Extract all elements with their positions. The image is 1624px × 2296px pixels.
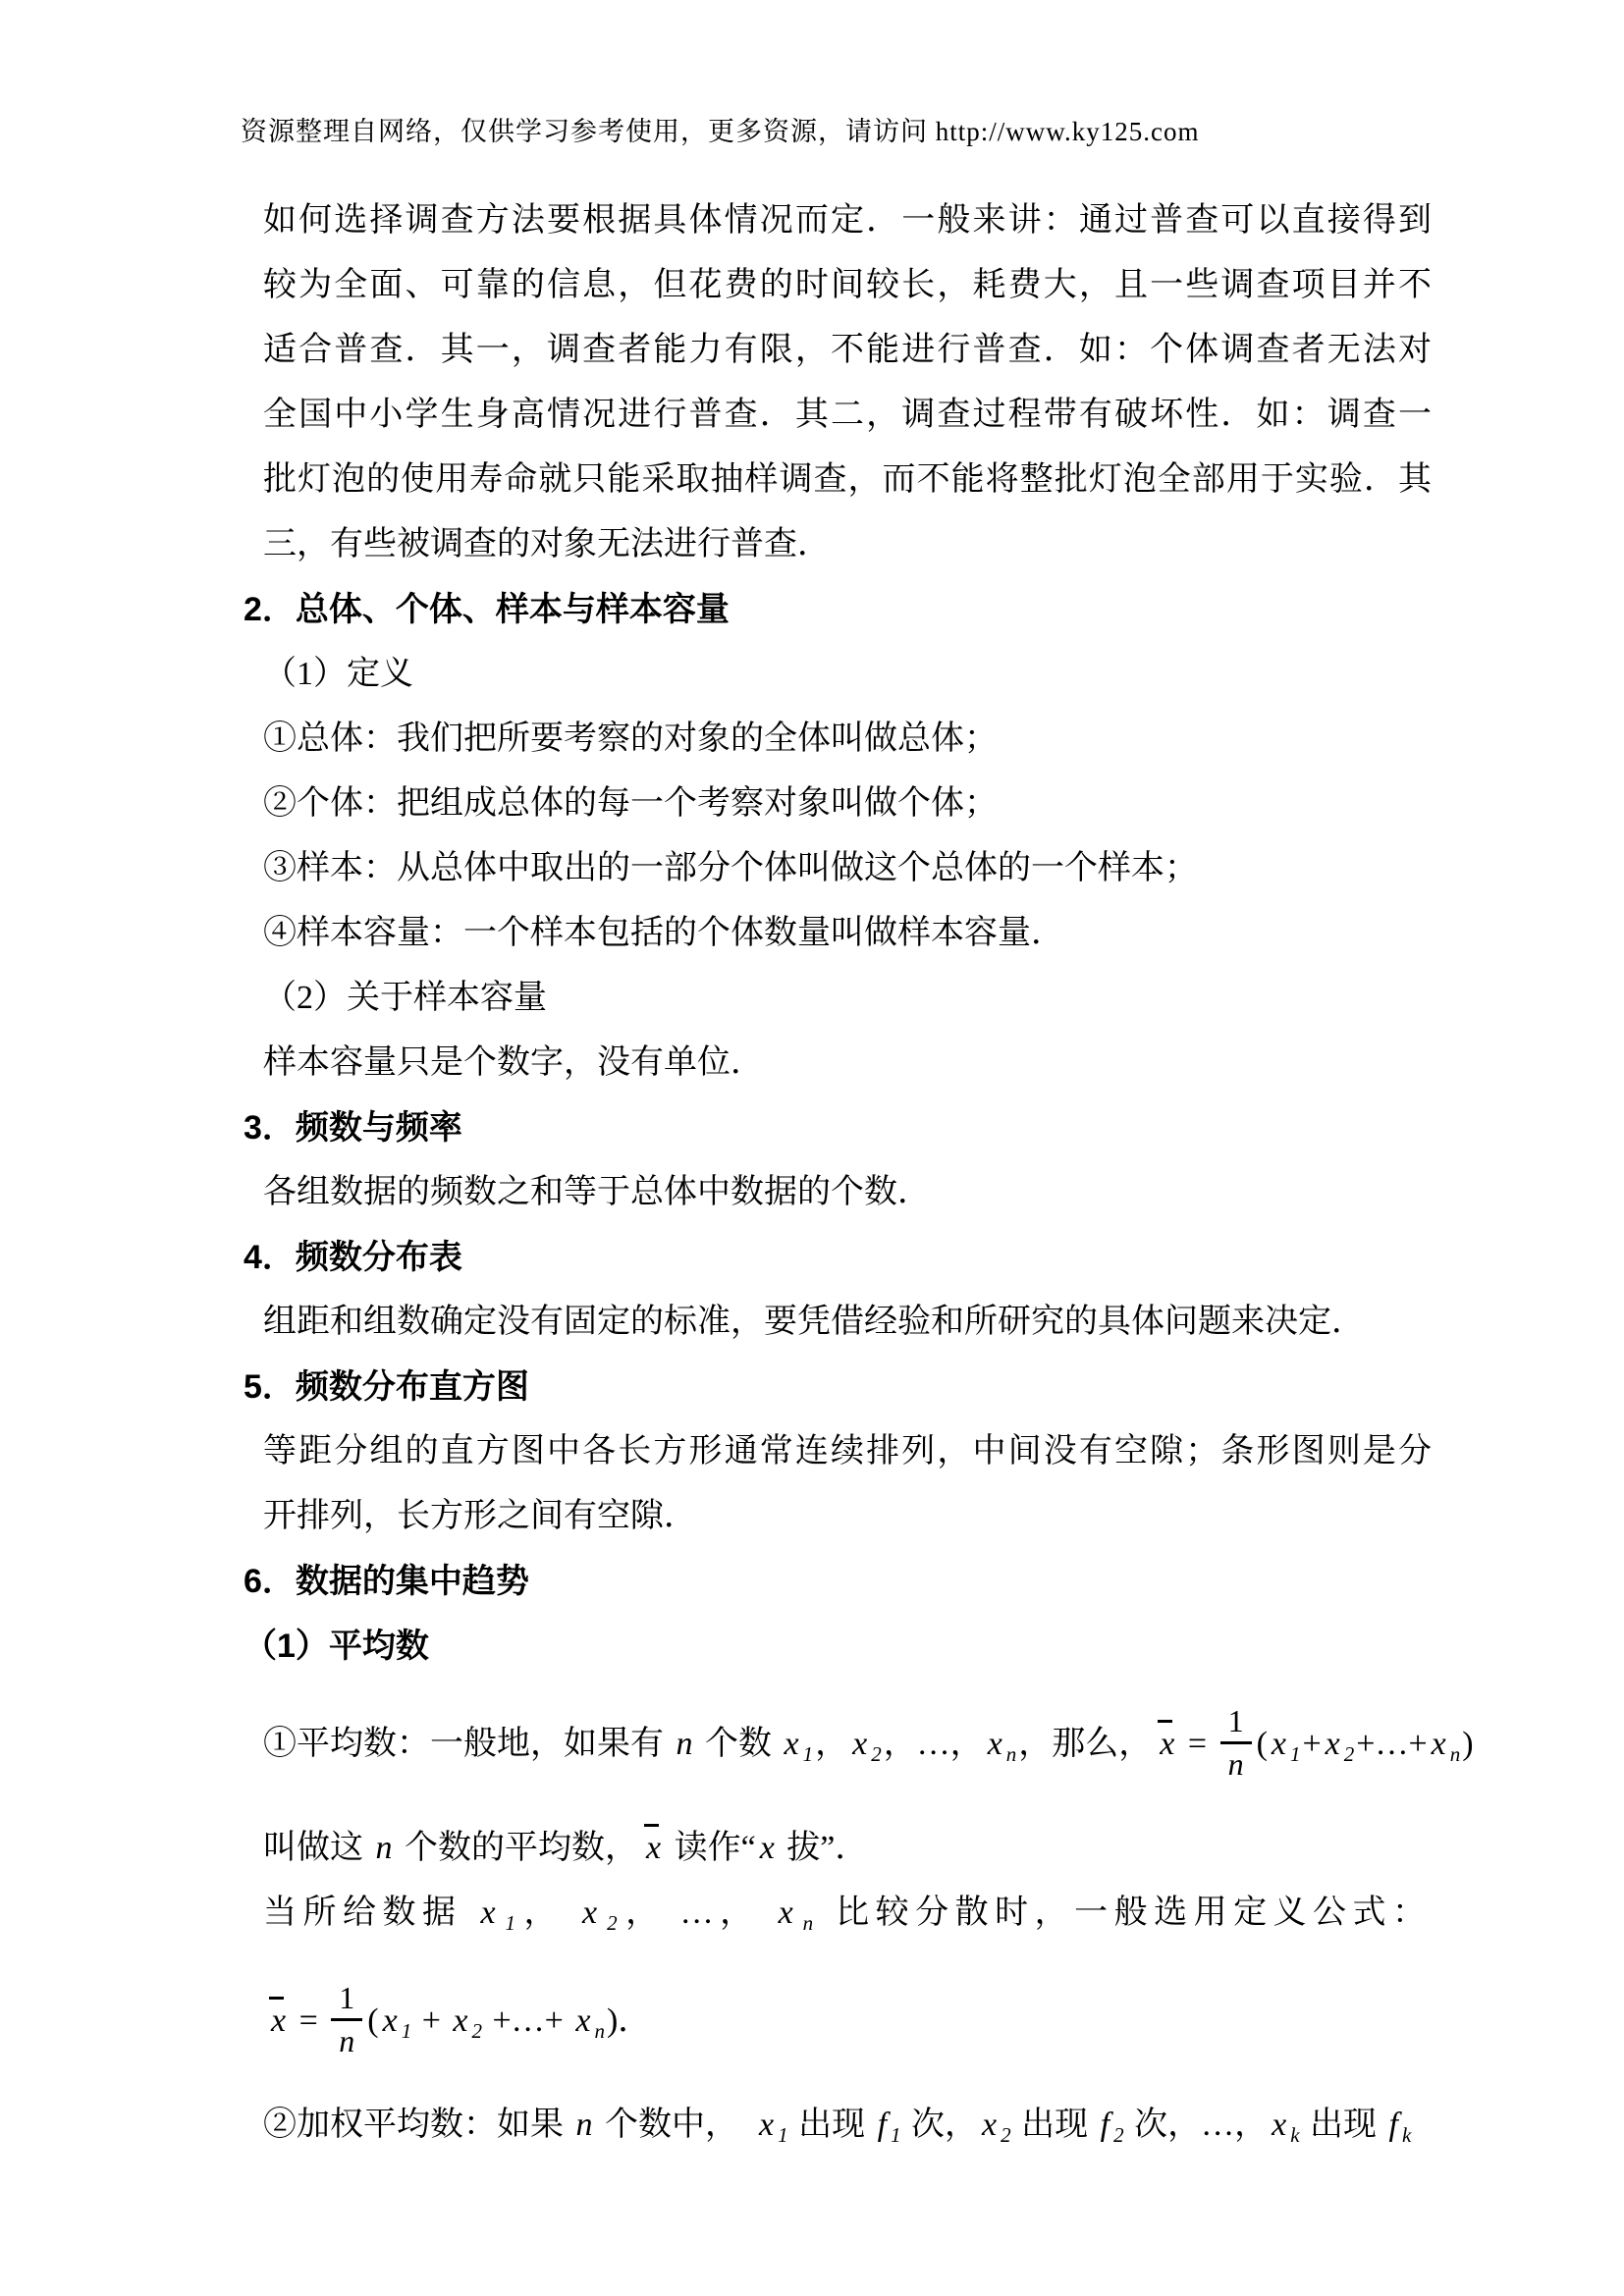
page-header-disclaimer: 资源整理自网络，仅供学习参考使用，更多资源，请访问 http://www.ky1… xyxy=(241,110,1199,148)
math-var: n xyxy=(673,1726,697,1762)
math-subscript: k xyxy=(1290,2123,1301,2147)
text-run: 出现 xyxy=(1302,2107,1385,2143)
math-subscript: 2 xyxy=(1113,2123,1126,2147)
para-line: 三，有些被调查的对象无法进行普查． xyxy=(263,512,1432,577)
item-sample: ③样本：从总体中取出的一部分个体叫做这个总体的一个样本； xyxy=(263,836,1432,901)
section-heading-6: 6．数据的集中趋势 xyxy=(244,1549,1624,1614)
text-run: = xyxy=(291,2002,326,2039)
math-var: x xyxy=(978,2107,1001,2143)
math-fraction: 1n xyxy=(1220,1704,1252,1782)
math-subscript: n xyxy=(803,1911,822,1935)
math-var: x xyxy=(1268,2107,1290,2143)
text-run: 适合普查．其一，调查者能力有限，不能进行普查．如：个体调查者无法对 xyxy=(263,332,1432,368)
formula-weighted-average-intro: ②加权平均数：如果 n 个数中， x1 出现 f1 次，x2 出现 f2 次，…… xyxy=(263,2093,1432,2167)
text-run: ( xyxy=(367,2002,378,2039)
text-run: 拔”． xyxy=(779,1830,869,1866)
text-run: 等距分组的直方图中各长方形通常连续排列，中间没有空隙；条形图则是分 xyxy=(263,1433,1432,1469)
text-run: ①平均数：一般地，如果有 xyxy=(263,1726,673,1762)
math-subscript: n xyxy=(594,2019,607,2043)
para-line: 适合普查．其一，调查者能力有限，不能进行普查．如：个体调查者无法对 xyxy=(263,318,1432,383)
fraction-denominator: n xyxy=(1220,1744,1252,1782)
section-heading-3: 3．频数与频率 xyxy=(244,1095,1624,1160)
text-run: ②加权平均数：如果 xyxy=(263,2107,572,2143)
text-run: 次， xyxy=(903,2107,979,2143)
text-run: 读作“ xyxy=(666,1830,756,1866)
text-run: 2．总体、个体、样本与样本容量 xyxy=(244,591,730,628)
math-var: x xyxy=(984,1726,1006,1762)
text-run: ， …， xyxy=(625,1895,775,1931)
math-subscript: 1 xyxy=(506,1911,524,1935)
text-run: ③样本：从总体中取出的一部分个体叫做这个总体的一个样本； xyxy=(263,850,1198,886)
text-run: ，…， xyxy=(884,1726,984,1762)
text-run: 全国中小学生身高情况进行普查．其二，调查过程带有破坏性．如：调查一 xyxy=(263,397,1432,433)
text-run: ，那么， xyxy=(1018,1726,1152,1762)
text-run: 叫做这 xyxy=(263,1830,372,1866)
para-line: 全国中小学生身高情况进行普查．其二，调查过程带有破坏性．如：调查一 xyxy=(263,383,1432,448)
text-run: 当所给数据 xyxy=(263,1895,476,1931)
section-heading-4: 4．频数分布表 xyxy=(244,1225,1624,1290)
text-run: 次，…， xyxy=(1126,2107,1269,2143)
text-run: ④样本容量：一个样本包括的个体数量叫做样本容量． xyxy=(263,915,1064,951)
text-run: ) xyxy=(1462,1726,1473,1762)
item-sample-size: ④样本容量：一个样本包括的个体数量叫做样本容量． xyxy=(263,901,1432,966)
math-subscript: 1 xyxy=(778,2123,790,2147)
math-subscript: n xyxy=(1006,1742,1019,1766)
text-run: 开排列，长方形之间有空隙． xyxy=(263,1498,697,1534)
para-average-reading: 叫做这 n 个数的平均数，x 读作“x 拔”． xyxy=(263,1816,1432,1881)
para-sample-size-note: 样本容量只是个数字，没有单位． xyxy=(263,1031,1432,1095)
text-run: （2）关于样本容量 xyxy=(263,980,547,1016)
fraction-denominator: n xyxy=(331,2021,362,2058)
text-run: ( xyxy=(1257,1726,1268,1762)
text-run: （1）定义 xyxy=(263,656,413,692)
text-run: + xyxy=(413,2002,449,2039)
math-subscript: 1 xyxy=(803,1742,816,1766)
text-run: )． xyxy=(607,2002,651,2039)
math-xbar: x xyxy=(641,1830,666,1866)
formula-average-def-2: x = 1n(x1 + x2 +…+ xn)． xyxy=(263,1955,1500,2093)
math-subscript: 2 xyxy=(607,1911,625,1935)
text-run: 批灯泡的使用寿命就只能采取抽样调查，而不能将整批灯泡全部用于实验．其 xyxy=(263,461,1432,498)
text-run: 3．频数与频率 xyxy=(244,1109,462,1147)
math-subscript: 2 xyxy=(1344,1742,1357,1766)
math-var: f xyxy=(1097,2107,1113,2143)
math-var: x xyxy=(775,1895,803,1931)
fraction-numerator: 1 xyxy=(331,1981,362,2021)
math-var: x xyxy=(1428,1726,1450,1762)
text-run: 较为全面、可靠的信息，但花费的时间较长，耗费大，且一些调查项目并不 xyxy=(263,267,1432,303)
math-subscript: 1 xyxy=(402,2019,414,2043)
math-subscript: n xyxy=(1450,1742,1463,1766)
text-run: 5．频数分布直方图 xyxy=(244,1368,529,1406)
math-var: x xyxy=(476,1895,505,1931)
math-xbar: x xyxy=(266,2002,291,2039)
para-table-note: 组距和组数确定没有固定的标准，要凭借经验和所研究的具体问题来决定． xyxy=(263,1290,1432,1355)
text-run: 组距和组数确定没有固定的标准，要凭借经验和所研究的具体问题来决定． xyxy=(263,1304,1365,1340)
text-run: = xyxy=(1179,1726,1215,1762)
math-xbar: x xyxy=(1155,1726,1179,1762)
text-run: ②个体：把组成总体的每一个考察对象叫做个体； xyxy=(263,785,998,822)
math-var: x xyxy=(781,1726,803,1762)
text-run: 出现 xyxy=(1013,2107,1097,2143)
math-subscript: k xyxy=(1402,2123,1413,2147)
para-histogram-note-2: 开排列，长方形之间有空隙． xyxy=(263,1484,1432,1549)
math-var: x xyxy=(578,1895,607,1931)
text-run: +…+ xyxy=(1356,1726,1427,1762)
subheading-average: （1）平均数 xyxy=(244,1614,1412,1679)
text-run: 出现 xyxy=(790,2107,874,2143)
text-run: 如何选择调查方法要根据具体情况而定．一般来讲：通过普查可以直接得到 xyxy=(263,202,1432,239)
section-heading-5: 5．频数分布直方图 xyxy=(244,1355,1624,1419)
para-histogram-note-1: 等距分组的直方图中各长方形通常连续排列，中间没有空隙；条形图则是分 xyxy=(263,1419,1432,1484)
text-run: 个数 xyxy=(697,1726,781,1762)
text-run: 个数中， xyxy=(597,2107,756,2143)
math-subscript: 2 xyxy=(1001,2123,1013,2147)
text-run: +…+ xyxy=(484,2002,571,2039)
document-body: 如何选择调查方法要根据具体情况而定．一般来讲：通过普查可以直接得到较为全面、可靠… xyxy=(0,188,1624,2167)
math-var: x xyxy=(756,1830,779,1866)
para-frequency-note: 各组数据的频数之和等于总体中数据的个数． xyxy=(263,1160,1432,1225)
text-run: 三，有些被调查的对象无法进行普查． xyxy=(263,526,831,562)
math-var: n xyxy=(572,2107,597,2143)
sub-item-definitions: （1）定义 xyxy=(263,642,1432,707)
text-run: 4．频数分布表 xyxy=(244,1239,462,1276)
math-var: x xyxy=(1322,1726,1344,1762)
para-line: 较为全面、可靠的信息，但花费的时间较长，耗费大，且一些调查项目并不 xyxy=(263,253,1432,318)
math-var: n xyxy=(372,1830,397,1866)
item-individual: ②个体：把组成总体的每一个考察对象叫做个体； xyxy=(263,772,1432,836)
section-heading-2: 2．总体、个体、样本与样本容量 xyxy=(244,577,1624,642)
math-var: x xyxy=(755,2107,778,2143)
math-var: x xyxy=(379,2002,402,2039)
text-run: 个数的平均数， xyxy=(397,1830,639,1866)
text-run: ①总体：我们把所要考察的对象的全体叫做总体； xyxy=(263,721,998,757)
math-subscript: 2 xyxy=(871,1742,884,1766)
text-run: ， xyxy=(523,1895,578,1931)
math-var: x xyxy=(848,1726,871,1762)
para-dispersed-note: 当所给数据 x1， x2， …， xn 比较分散时，一般选用定义公式： xyxy=(263,1881,1432,1955)
para-line: 如何选择调查方法要根据具体情况而定．一般来讲：通过普查可以直接得到 xyxy=(263,188,1432,253)
text-run: ， xyxy=(815,1726,848,1762)
math-subscript: 1 xyxy=(891,2123,903,2147)
document-page: 资源整理自网络，仅供学习参考使用，更多资源，请访问 http://www.ky1… xyxy=(0,0,1624,2296)
item-population: ①总体：我们把所要考察的对象的全体叫做总体； xyxy=(263,707,1432,772)
math-subscript: 1 xyxy=(1290,1742,1303,1766)
text-run: 6．数据的集中趋势 xyxy=(244,1563,529,1600)
fraction-numerator: 1 xyxy=(1220,1704,1252,1744)
text-run: （1）平均数 xyxy=(244,1628,429,1665)
text-run: 各组数据的频数之和等于总体中数据的个数． xyxy=(263,1174,931,1210)
math-subscript: 2 xyxy=(471,2019,484,2043)
sub-item-about-sample-size: （2）关于样本容量 xyxy=(263,966,1432,1031)
math-var: x xyxy=(449,2002,471,2039)
math-var: f xyxy=(1385,2107,1402,2143)
formula-average-def: ①平均数：一般地，如果有 n 个数 x1，x2，…，xn，那么，x = 1n(x… xyxy=(263,1679,1500,1816)
text-run: + xyxy=(1302,1726,1321,1762)
text-run: 样本容量只是个数字，没有单位． xyxy=(263,1044,764,1081)
math-var: x xyxy=(1268,1726,1290,1762)
para-line: 批灯泡的使用寿命就只能采取抽样调查，而不能将整批灯泡全部用于实验．其 xyxy=(263,448,1432,512)
math-var: x xyxy=(571,2002,594,2039)
math-fraction: 1n xyxy=(331,1981,362,2058)
text-run: 比较分散时，一般选用定义公式： xyxy=(821,1895,1432,1931)
math-var: f xyxy=(874,2107,891,2143)
